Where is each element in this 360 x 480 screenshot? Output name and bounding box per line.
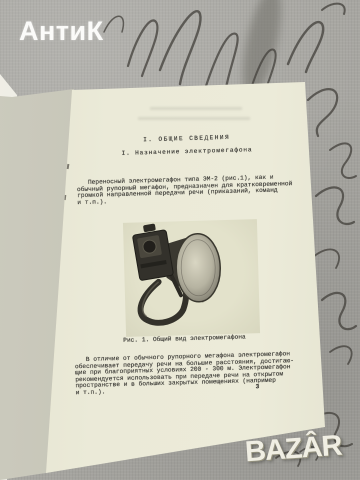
amplifier-body — [131, 222, 174, 281]
open-book: I. ОБЩИЕ СВЕДЕНИЯ I. Назначение электром… — [0, 0, 360, 480]
photo-open-book-on-fabric: I. ОБЩИЕ СВЕДЕНИЯ I. Назначение электром… — [0, 0, 360, 480]
megaphone-photo — [123, 219, 260, 337]
section-heading: I. ОБЩИЕ СВЕДЕНИЯ — [107, 134, 267, 145]
page-number: 3 — [255, 384, 259, 391]
watermark-antik: АнтиК — [19, 16, 104, 47]
paragraph-1: Переносный электромегафон типа ЭМ-2 (рис… — [77, 174, 303, 206]
paragraph-2: В отличие от обычного рупорного мегафона… — [75, 351, 308, 396]
figure-photo — [123, 219, 260, 337]
horn-bell — [175, 233, 221, 302]
watermark-bazar: BAZÂR — [244, 430, 343, 470]
subsection-heading: I. Назначение электромегафона — [92, 146, 282, 158]
top-knob — [143, 223, 156, 232]
